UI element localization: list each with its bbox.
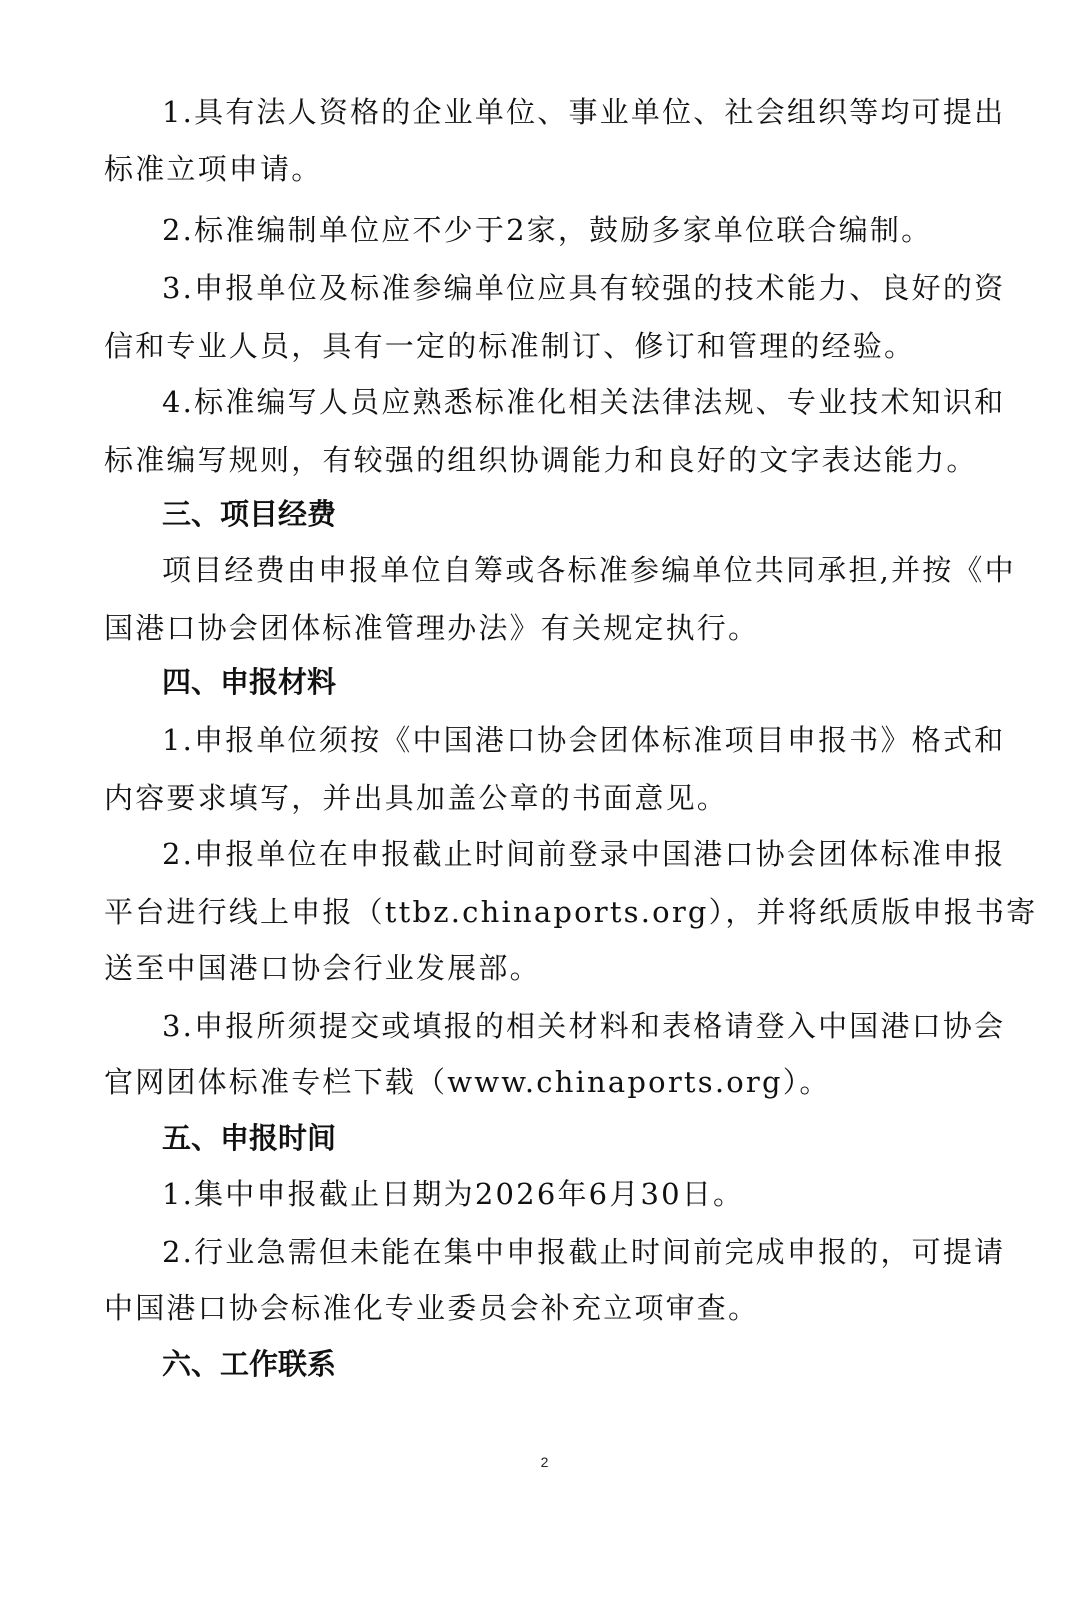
section-heading: 三、项目经费 xyxy=(162,494,336,534)
paragraph-line: 送至中国港口协会行业发展部。 xyxy=(104,948,541,988)
paragraph-line: 1.申报单位须按《中国港口协会团体标准项目申报书》格式和 xyxy=(162,720,1005,760)
section-heading: 五、申报时间 xyxy=(162,1118,336,1158)
paragraph-line: 1.具有法人资格的企业单位、事业单位、社会组织等均可提出 xyxy=(162,92,1005,132)
paragraph-line: 项目经费由申报单位自筹或各标准参编单位共同承担,并按《中 xyxy=(162,550,1016,590)
paragraph-line: 标准立项申请。 xyxy=(104,149,322,189)
paragraph-line: 1.集中申报截止日期为2026年6月30日。 xyxy=(162,1174,744,1214)
paragraph-line: 内容要求填写，并出具加盖公章的书面意见。 xyxy=(104,778,728,818)
paragraph-line: 信和专业人员，具有一定的标准制订、修订和管理的经验。 xyxy=(104,326,915,366)
paragraph-line: 3.申报所须提交或填报的相关材料和表格请登入中国港口协会 xyxy=(162,1006,1005,1046)
paragraph-line: 官网团体标准专栏下载（www.chinaports.org）。 xyxy=(104,1062,831,1102)
paragraph-line: 2.标准编制单位应不少于2家，鼓励多家单位联合编制。 xyxy=(162,210,932,250)
section-heading: 四、申报材料 xyxy=(162,662,336,702)
paragraph-line: 平台进行线上申报（ttbz.chinaports.org），并将纸质版申报书寄 xyxy=(104,892,1037,932)
paragraph-line: 3.申报单位及标准参编单位应具有较强的技术能力、良好的资 xyxy=(162,268,1005,308)
page-number: 2 xyxy=(0,1454,1089,1470)
paragraph-line: 4.标准编写人员应熟悉标准化相关法律法规、专业技术知识和 xyxy=(162,382,1005,422)
section-heading: 六、工作联系 xyxy=(162,1344,336,1384)
paragraph-line: 2.申报单位在申报截止时间前登录中国港口协会团体标准申报 xyxy=(162,834,1005,874)
paragraph-line: 中国港口协会标准化专业委员会补充立项审查。 xyxy=(104,1288,759,1328)
paragraph-line: 2.行业急需但未能在集中申报截止时间前完成申报的，可提请 xyxy=(162,1232,1005,1272)
paragraph-line: 国港口协会团体标准管理办法》有关规定执行。 xyxy=(104,608,759,648)
paragraph-line: 标准编写规则，有较强的组织协调能力和良好的文字表达能力。 xyxy=(104,440,978,480)
